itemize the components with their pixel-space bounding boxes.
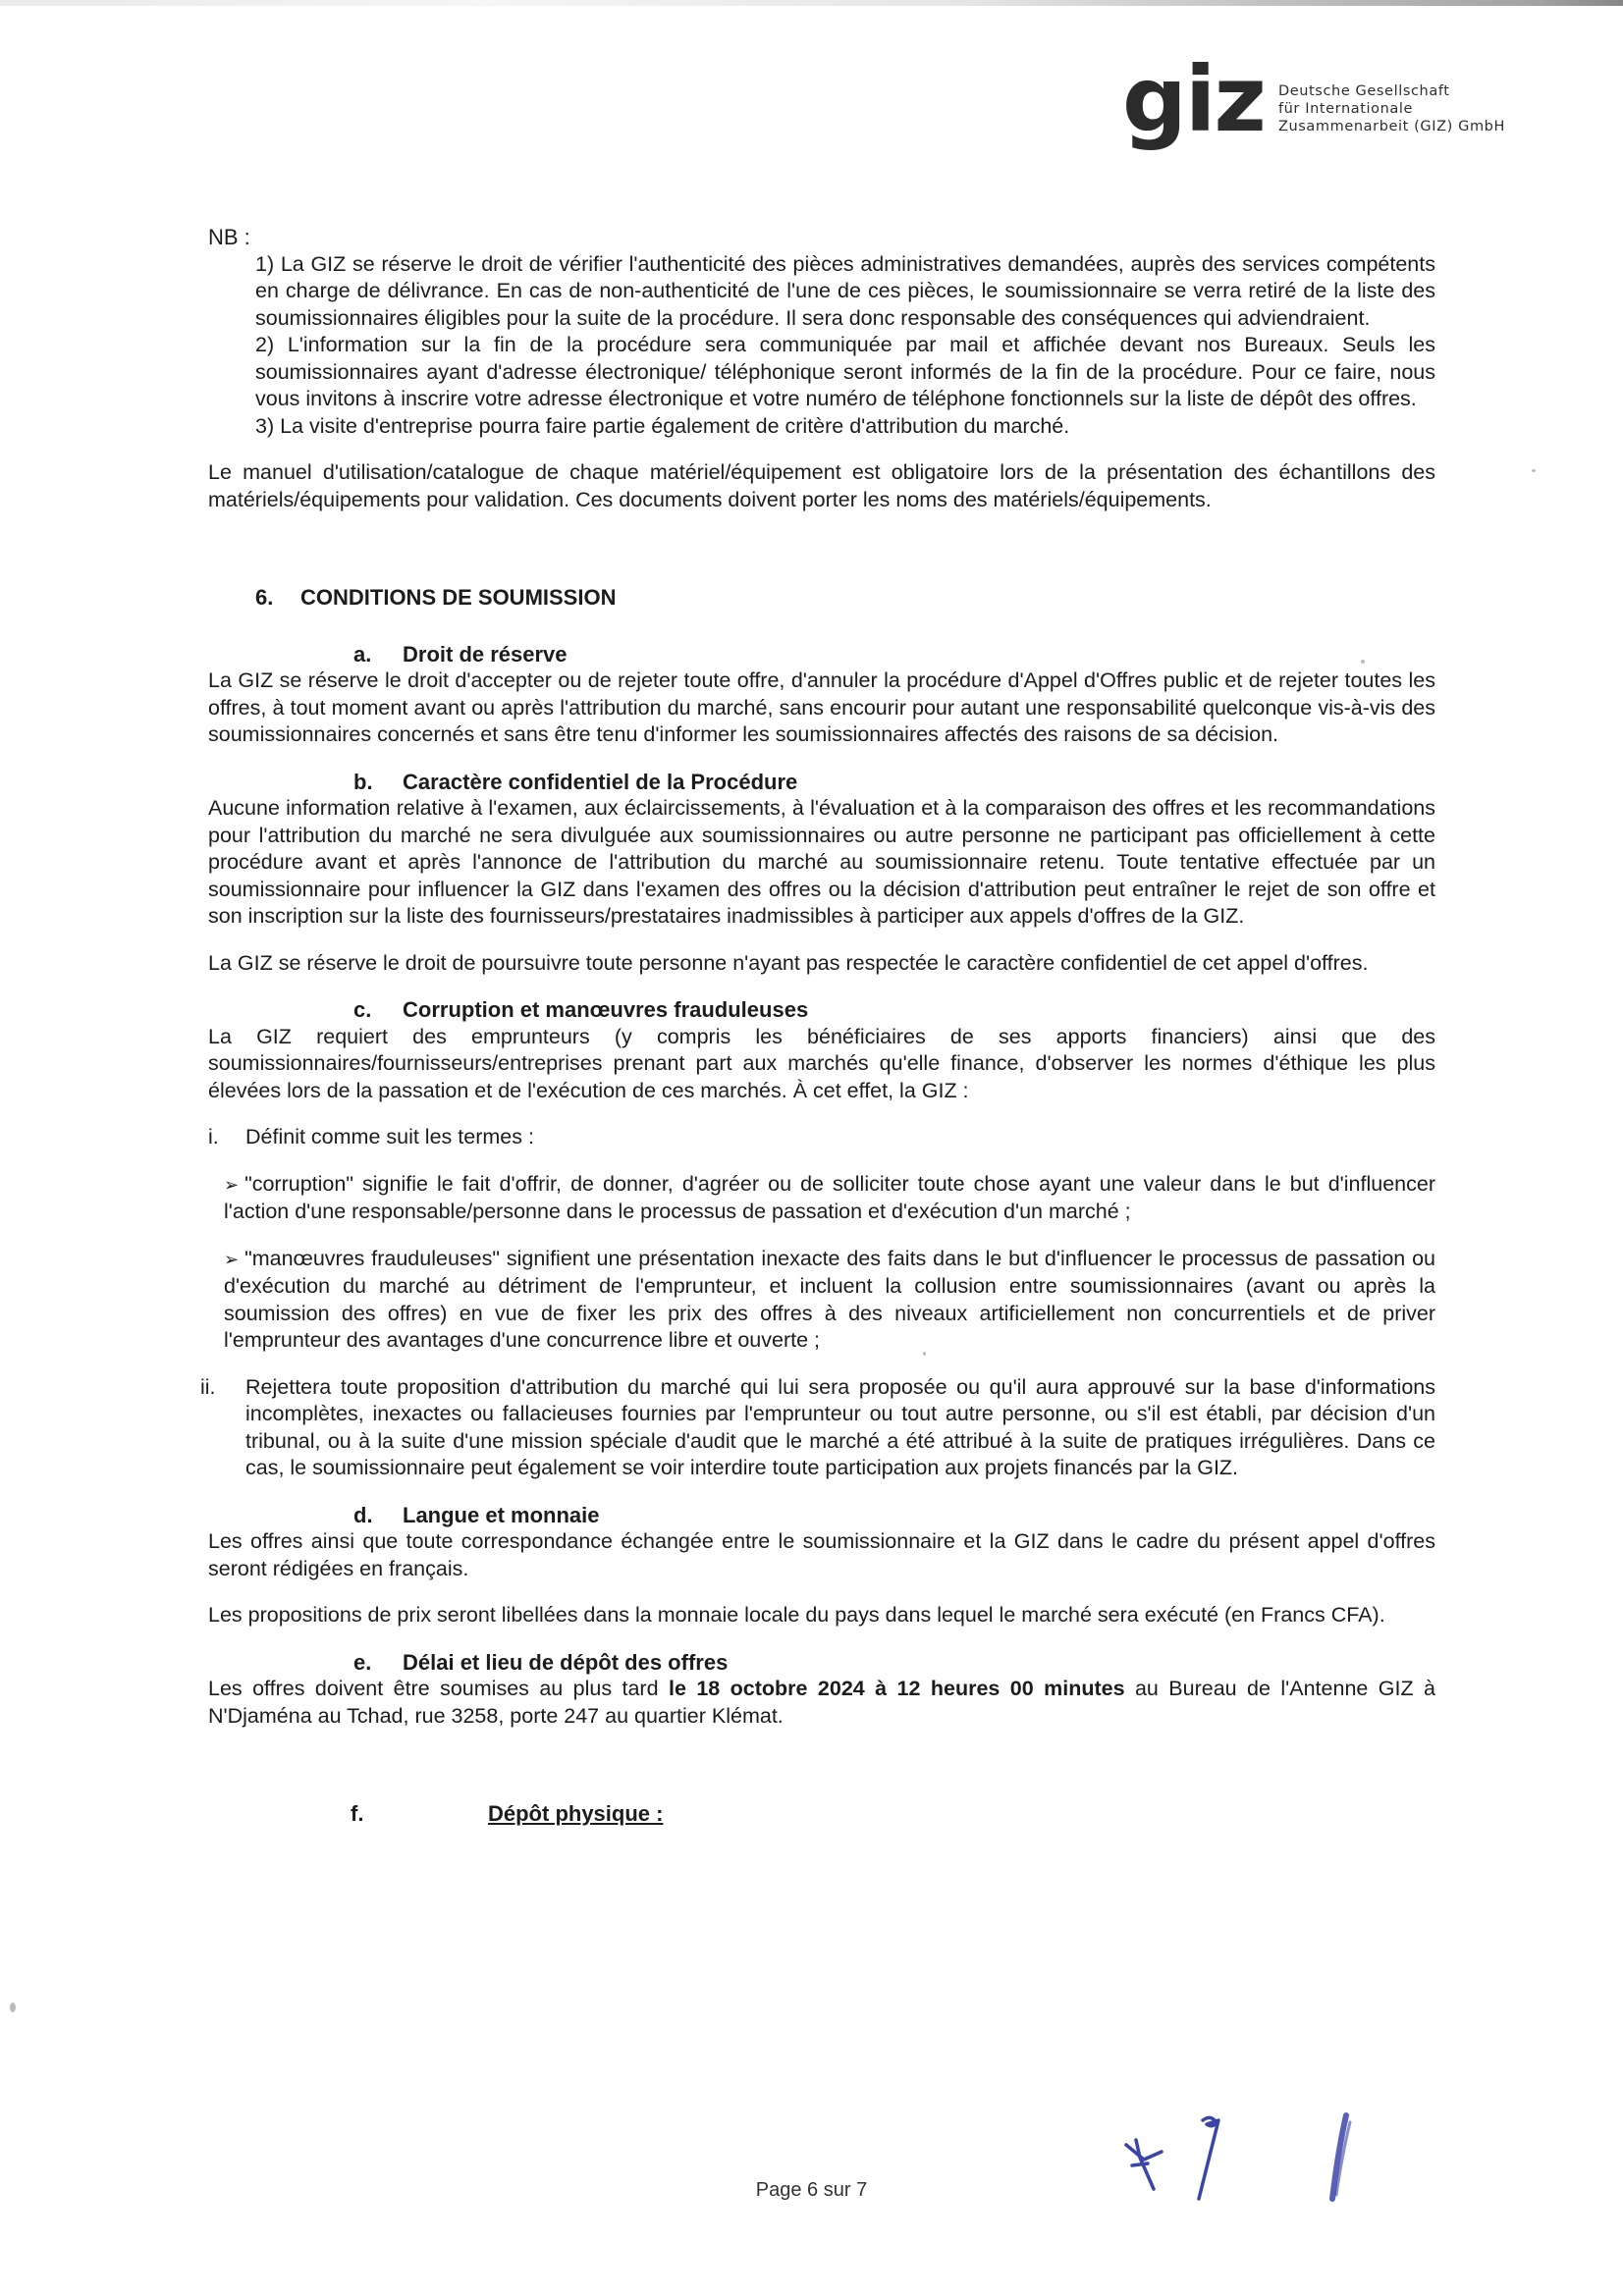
subsection-title: Langue et monnaie [403,1502,599,1529]
subsection-letter: d. [353,1502,403,1529]
section-heading: 6. CONDITIONS DE SOUMISSION [208,584,1435,612]
deadline-date: le 18 octobre 2024 à 12 heures 00 minute… [669,1677,1125,1700]
paragraph-confidentiel: Aucune information relative à l'examen, … [208,795,1435,931]
document-body: NB : 1) La GIZ se réserve le droit de vé… [208,224,1435,1828]
scan-speck [1532,469,1536,472]
subsection-heading-d: d. Langue et monnaie [208,1502,1435,1529]
subsection-title: Dépôt physique : [488,1800,663,1828]
definition-bullet: ➢"corruption" signifie le fait d'offrir,… [208,1171,1435,1226]
subsection-title: Délai et lieu de dépôt des offres [403,1649,728,1677]
org-name-line: Zusammenarbeit (GIZ) GmbH [1278,118,1505,135]
nb-heading: NB : [208,224,1435,251]
nb-item: 2) L'information sur la fin de la procéd… [255,332,1435,413]
paragraph-corruption: La GIZ requiert des emprunteurs (y compr… [208,1024,1435,1105]
roman-item-i: i. Définit comme suit les termes : [208,1124,1435,1151]
scan-edge [0,0,1623,6]
deadline-text: Les offres doivent être soumises au plus… [208,1677,669,1700]
subsection-title: Corruption et manœuvres frauduleuses [403,996,808,1024]
subsection-heading-e: e. Délai et lieu de dépôt des offres [208,1649,1435,1677]
roman-text: Rejettera toute proposition d'attributio… [245,1374,1435,1482]
section-number: 6. [255,584,300,612]
nb-list: 1) La GIZ se réserve le droit de vérifie… [208,251,1435,441]
paragraph-monnaie: Les propositions de prix seront libellée… [208,1602,1435,1629]
giz-logo: giz Deutsche Gesellschaft für Internatio… [1122,61,1505,149]
subsection-heading-c: c. Corruption et manœuvres frauduleuses [208,996,1435,1024]
subsection-letter: b. [353,769,403,796]
org-name-line: für Internationale [1278,100,1505,118]
paragraph-droit-reserve: La GIZ se réserve le droit d'accepter ou… [208,667,1435,749]
paragraph-delai: Les offres doivent être soumises au plus… [208,1676,1435,1730]
nb-item: 1) La GIZ se réserve le droit de vérifie… [255,251,1435,333]
subsection-title: Caractère confidentiel de la Procédure [403,769,797,796]
subsection-letter: e. [353,1649,403,1677]
roman-item-ii: ii. Rejettera toute proposition d'attrib… [200,1374,1435,1482]
section-title: CONDITIONS DE SOUMISSION [300,584,616,612]
arrow-bullet-icon: ➢ [224,1175,239,1195]
nb-item: 3) La visite d'entreprise pourra faire p… [255,413,1435,441]
paragraph-confidentiel-2: La GIZ se réserve le droit de poursuivre… [208,950,1435,978]
subsection-title: Droit de réserve [403,641,568,668]
manual-note: Le manuel d'utilisation/catalogue de cha… [208,459,1435,513]
scan-speck [923,1352,926,1356]
subsection-letter: f. [351,1800,488,1828]
scan-speck [1361,660,1365,664]
arrow-bullet-icon: ➢ [224,1250,239,1269]
subsection-letter: a. [353,641,403,668]
roman-number: ii. [200,1374,245,1482]
roman-text: Définit comme suit les termes : [245,1124,1435,1151]
org-name: Deutsche Gesellschaft für Internationale… [1278,82,1505,135]
definition-text: "manœuvres frauduleuses" signifient une … [224,1247,1435,1353]
subsection-heading-a: a. Droit de réserve [208,641,1435,668]
paragraph-langue: Les offres ainsi que toute correspondanc… [208,1528,1435,1582]
subsection-heading-b: b. Caractère confidentiel de la Procédur… [208,769,1435,796]
scan-speck [10,2002,16,2012]
page-number: Page 6 sur 7 [0,2179,1623,2202]
org-name-line: Deutsche Gesellschaft [1278,82,1505,100]
subsection-heading-f: f. Dépôt physique : [208,1800,1435,1828]
subsection-letter: c. [353,996,403,1024]
logo-mark: giz [1122,61,1265,139]
roman-number: i. [208,1124,245,1151]
definition-bullet: ➢"manœuvres frauduleuses" signifient une… [208,1246,1435,1355]
definition-text: "corruption" signifie le fait d'offrir, … [224,1172,1435,1224]
